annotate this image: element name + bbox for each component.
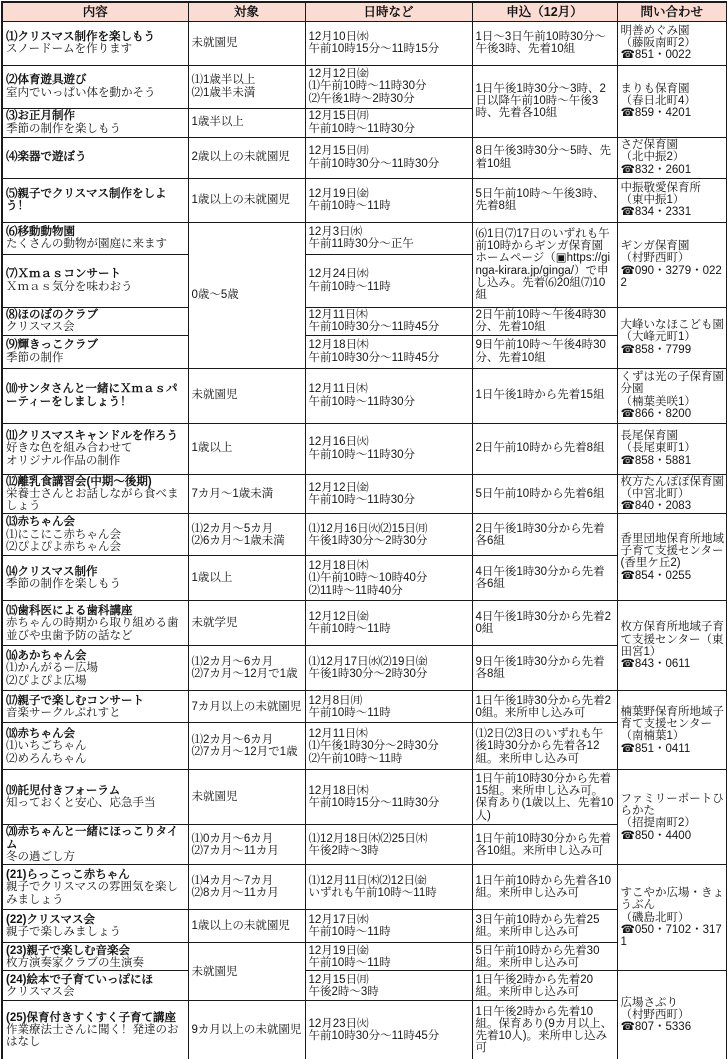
cell-datetime: 12月18日㈭ 午前10時15分～11時30分 bbox=[305, 770, 472, 825]
cell-datetime: ⑴12月17日㈬⑵19日㈮ 午後1時30分～2時30分 bbox=[305, 646, 472, 691]
table-row: ⑸親子でクリスマス制作をしよう！1歳以上の未就園児12月19日㈮ 午前10時～1… bbox=[2, 178, 727, 222]
cell-datetime: 12月15日㈪ 午前10時～11時30分 bbox=[305, 108, 472, 137]
cell-datetime: 12月15日㈪ 午前10時30分～11時30分 bbox=[305, 137, 472, 178]
cell-text: ギンガ保育園 （村野西町） ☎090・3279・0222 bbox=[621, 240, 725, 289]
cell-contact: 広場さぷり （村野西町） ☎807・5336 bbox=[617, 971, 727, 1059]
cell-text: 楠葉野保育所地域子育て支援センター（南楠葉1） ☎851・0411 bbox=[621, 706, 725, 755]
cell-target: 7カ月～1歳未満 bbox=[188, 474, 305, 514]
cell-target: 未就園児 bbox=[188, 21, 305, 65]
cell-content: (24)絵本で子育ていっぽにほクリスマス会 bbox=[2, 971, 188, 1001]
event-subtitle: ⑴いちごちゃん ⑵めろんちゃん bbox=[6, 740, 186, 765]
event-subtitle: ⑴かんがるー広場 ⑵ぴよぴよ広場 bbox=[6, 662, 186, 687]
cell-target: 9カ月以上の未就園児 bbox=[188, 1001, 305, 1059]
event-title: ⒂歯科医による歯科講座 bbox=[6, 605, 186, 617]
event-subtitle: 室内でいっぱい体を動かそう bbox=[6, 87, 186, 99]
cell-text: 7カ月以上の未就園児 bbox=[192, 701, 303, 713]
cell-text: 9日午前10時～午後4時30分、先着10組 bbox=[476, 339, 615, 364]
cell-text: 12月12日㈮ 午前10時～11時30分 bbox=[309, 482, 470, 507]
cell-datetime: 12月17日㈬ 午前10時～11時 bbox=[305, 910, 472, 943]
event-subtitle: 音楽サークルぷれすと bbox=[6, 707, 186, 719]
cell-contact: 枚方保育所地域子育て支援センター（東田宮1） ☎843・0611 bbox=[617, 601, 727, 691]
cell-text: 5日午前10時から先着30組。来所申し込み可 bbox=[476, 945, 615, 970]
event-title: (21)らっこっこ赤ちゃん bbox=[6, 869, 186, 881]
table-row: ⑷楽器で遊ぼう2歳以上の未就園児12月15日㈪ 午前10時30分～11時30分8… bbox=[2, 137, 727, 178]
table-row: ⒆託児付きフォーラム知っておくと安心、応急手当未就園児12月18日㈭ 午前10時… bbox=[2, 770, 727, 825]
col-header-datetime: 日時など bbox=[305, 2, 472, 21]
cell-text: 枚方たんぽぽ保育園（中宮北町） ☎840・2083 bbox=[621, 476, 725, 513]
event-title: ⒃あかちゃん会 bbox=[6, 650, 186, 662]
cell-datetime: 12月19日㈮ 午前10時～11時 bbox=[305, 178, 472, 222]
cell-text: 2日午後1時30分から先着各6組 bbox=[476, 523, 615, 548]
cell-text: ⑴0カ月～6カ月 ⑵7カ月～11カ月 bbox=[192, 833, 303, 858]
cell-target: ⑴2カ月～6カ月 ⑵7カ月～12月で1歳 bbox=[188, 646, 305, 691]
cell-target: 2歳以上の未就園児 bbox=[188, 137, 305, 178]
cell-target: 1歳以上の未就園児 bbox=[188, 178, 305, 222]
event-title: ⑼輝きっこクラブ bbox=[6, 339, 186, 351]
event-title: ⑺Ｘｍａｓコンサート bbox=[6, 268, 186, 280]
cell-text: 12月11日㈭ ⑴午後1時30分～2時30分 ⑵午前10時～11時 bbox=[309, 728, 470, 765]
event-subtitle: 栄養士さんとお話しながら食べましょう bbox=[6, 488, 186, 513]
cell-text: ⑴2カ月～6カ月 ⑵7カ月～12月で1歳 bbox=[192, 656, 303, 681]
cell-text: ⑴2カ月～6カ月 ⑵7カ月～12月で1歳 bbox=[192, 734, 303, 759]
cell-text: 未就園児 bbox=[192, 389, 303, 401]
cell-text: 明善めぐみ園 （藤阪南町2） ☎851・0022 bbox=[621, 25, 725, 62]
cell-datetime: 12月11日㈭ 午前10時30分～11時45分 bbox=[305, 307, 472, 335]
cell-content: ⑵体育遊具遊び室内でいっぱい体を動かそう bbox=[2, 65, 188, 108]
cell-text: 0歳～5歳 bbox=[192, 289, 303, 301]
cell-target: 1歳以上 bbox=[188, 556, 305, 601]
cell-text: 1日午後2時から先着10組。保育あり(9カ月以上、先着10人)。来所申し込み可 bbox=[476, 1006, 615, 1055]
cell-target: ⑴2カ月～6カ月 ⑵7カ月～12月で1歳 bbox=[188, 723, 305, 770]
cell-apply: 1日午前10時30分から先着15組。来所申し込み可。保育あり(1歳以上、先着10… bbox=[472, 770, 617, 825]
cell-datetime: 12月11日㈭ ⑴午後1時30分～2時30分 ⑵午前10時～11時 bbox=[305, 723, 472, 770]
cell-text: 1日午後2時から先着20組。来所申し込み可 bbox=[476, 974, 615, 999]
cell-text: 12月8日㈪ 午前10時～11時 bbox=[309, 695, 470, 720]
cell-content: ⒂歯科医による歯科講座赤ちゃんの時期から取り組める歯並びや虫歯予防の話など bbox=[2, 601, 188, 646]
cell-text: くずは光の子保育園分園 （楠葉美咲1） ☎866・8200 bbox=[621, 371, 725, 420]
cell-text: 9日午後1時30分から先着各8組 bbox=[476, 656, 615, 681]
cell-apply: 1日午後1時30分から先着20組。来所申し込み可 bbox=[472, 691, 617, 723]
cell-apply: 2日午後1時30分から先着各6組 bbox=[472, 514, 617, 556]
cell-text: 1日～3日午前10時30分～午後3時、先着10組 bbox=[476, 31, 615, 56]
cell-text: 1歳以上の未就園児 bbox=[192, 194, 303, 206]
event-subtitle: 好きな色を組み合わせて オリジナル作品の制作 bbox=[6, 442, 186, 467]
event-title: ⑹移動動物園 bbox=[6, 226, 186, 238]
cell-text: 12月19日㈮ 午前10時～11時 bbox=[309, 188, 470, 213]
event-subtitle: クリスマス会 bbox=[6, 321, 186, 333]
cell-apply: 1日午後1時から先着15組 bbox=[472, 368, 617, 423]
cell-content: ⑽サンタさんと一緒にＸｍａｓパーティーをしましょう！ bbox=[2, 368, 188, 423]
cell-text: 5日午前10時～午後3時、先着8組 bbox=[476, 188, 615, 213]
cell-text: 12月15日㈪ 午前10時30分～11時30分 bbox=[309, 145, 470, 170]
cell-text: 長尾保育園 （長尾東町1） ☎858・5881 bbox=[621, 430, 725, 467]
col-header-target: 対象 bbox=[188, 2, 305, 21]
event-title: ⑵体育遊具遊び bbox=[6, 74, 186, 86]
cell-text: 12月19日㈮ 午前10時～11時 bbox=[309, 945, 470, 970]
cell-content: ⒇赤ちゃんと一緒にほっこりタイム冬の過ごし方 bbox=[2, 825, 188, 865]
table-row: ⑴クリスマス制作を楽しもうスノードームを作ります未就園児12月10日㈬ 午前10… bbox=[2, 21, 727, 65]
cell-target: ⑴1歳半以上 ⑵1歳半未満 bbox=[188, 65, 305, 108]
cell-datetime: 12月12日㈮ 午前10時～11時30分 bbox=[305, 474, 472, 514]
cell-target: 7カ月以上の未就園児 bbox=[188, 691, 305, 723]
event-title: ⑷楽器で遊ぼう bbox=[6, 151, 186, 163]
cell-datetime: 12月23日㈫ 午前10時30分～11時45分 bbox=[305, 1001, 472, 1059]
cell-text: ⑴4カ月～7カ月 ⑵8カ月～11カ月 bbox=[192, 875, 303, 900]
cell-datetime: 12月12日㈮ 午前10時～11時 bbox=[305, 601, 472, 646]
cell-text: 12月18日㈭ 午前10時30分～11時45分 bbox=[309, 339, 470, 364]
event-title: ⑿離乳食講習会(中期～後期) bbox=[6, 476, 186, 488]
cell-content: ⑶お正月制作季節の制作を楽しもう bbox=[2, 108, 188, 137]
cell-apply: 1日午前10時30分から先着各10組。来所申し込み可 bbox=[472, 825, 617, 865]
table-header-row: 内容対象日時など申込（12月）問い合わせ bbox=[2, 2, 727, 21]
table-row: (21)らっこっこ赤ちゃん親子でクリスマスの雰囲気を楽しみましょう⑴4カ月～7カ… bbox=[2, 865, 727, 910]
cell-contact: 中振敬愛保育所 （東中振1） ☎834・2331 bbox=[617, 178, 727, 222]
cell-target: 1歳以上の未就園児 bbox=[188, 910, 305, 943]
cell-text: 4日午後1時30分から先着20組 bbox=[476, 611, 615, 636]
cell-apply: 9日午前10時～午後4時30分、先着10組 bbox=[472, 335, 617, 368]
cell-apply: 1日～3日午前10時30分～午後3時、先着10組 bbox=[472, 21, 617, 65]
cell-datetime: 12月12日㈮ ⑴午前10時～11時30分 ⑵午後1時～2時30分 bbox=[305, 65, 472, 108]
cell-target: ⑴4カ月～7カ月 ⑵8カ月～11カ月 bbox=[188, 865, 305, 910]
cell-target: 0歳～5歳 bbox=[188, 222, 305, 368]
event-title: ⒁クリスマス制作 bbox=[6, 566, 186, 578]
table-row: ⑹移動動物園たくさんの動物が園庭に来ます0歳～5歳12月3日㈬ 午前11時30分… bbox=[2, 222, 727, 254]
event-title: ⑻ほのぼのクラブ bbox=[6, 309, 186, 321]
cell-apply: 4日午後1時30分から先着各6組 bbox=[472, 556, 617, 601]
cell-text: 大峰いなほこども園 （大峰元町1） ☎858・7799 bbox=[621, 319, 725, 356]
cell-apply: 5日午前10時から先着30組。来所申し込み可 bbox=[472, 943, 617, 971]
cell-contact: 楠葉野保育所地域子育て支援センター（南楠葉1） ☎851・0411 bbox=[617, 691, 727, 770]
schedule-table: 内容対象日時など申込（12月）問い合わせ ⑴クリスマス制作を楽しもうスノードーム… bbox=[1, 1, 727, 1059]
event-title: ⒇赤ちゃんと一緒にほっこりタイム bbox=[6, 826, 186, 851]
cell-text: 9カ月以上の未就園児 bbox=[192, 1024, 303, 1036]
cell-datetime: 12月18日㈭ 午前10時30分～11時45分 bbox=[305, 335, 472, 368]
cell-content: ⑺ＸｍａｓコンサートＸｍａｓ気分を味わおう bbox=[2, 254, 188, 307]
cell-text: ⑴12月11日㈭⑵12日㈮ いずれも午前10時～11時 bbox=[309, 875, 470, 900]
cell-datetime: ⑴12月18日㈭⑵25日㈭ 午後2時～3時 bbox=[305, 825, 472, 865]
cell-apply: 1日午後2時から先着20組。来所申し込み可 bbox=[472, 971, 617, 1001]
cell-contact: 長尾保育園 （長尾東町1） ☎858・5881 bbox=[617, 423, 727, 474]
newsletter-page: 内容対象日時など申込（12月）問い合わせ ⑴クリスマス制作を楽しもうスノードーム… bbox=[0, 0, 727, 1059]
cell-text: 1日午後1時から先着15組 bbox=[476, 389, 615, 401]
event-subtitle: Ｘｍａｓ気分を味わおう bbox=[6, 281, 186, 293]
cell-text: 1歳半以上 bbox=[192, 116, 303, 128]
table-row: ⑵体育遊具遊び室内でいっぱい体を動かそう⑴1歳半以上 ⑵1歳半未満12月12日㈮… bbox=[2, 65, 727, 108]
cell-content: ⒃あかちゃん会⑴かんがるー広場 ⑵ぴよぴよ広場 bbox=[2, 646, 188, 691]
cell-text: 2日午前10時～午後4時30分、先着10組 bbox=[476, 309, 615, 334]
table-row: ⑾クリスマスキャンドルを作ろう好きな色を組み合わせて オリジナル作品の制作1歳以… bbox=[2, 423, 727, 474]
cell-text: ⑴12月16日㈫⑵15日㈪ 午後1時30分～2時30分 bbox=[309, 523, 470, 548]
cell-apply: 8日午後3時30分～5時、先着10組 bbox=[472, 137, 617, 178]
cell-contact: 明善めぐみ園 （藤阪南町2） ☎851・0022 bbox=[617, 21, 727, 65]
cell-apply: 1日午後2時から先着10組。保育あり(9カ月以上、先着10人)。来所申し込み可 bbox=[472, 1001, 617, 1059]
cell-content: (25)保育付きすくすく子育て講座作業療法士さんに聞く！発達のおはなし bbox=[2, 1001, 188, 1059]
event-subtitle: 季節の制作 bbox=[6, 352, 186, 364]
event-subtitle: 赤ちゃんの時期から取り組める歯並びや虫歯予防の話など bbox=[6, 617, 186, 642]
cell-datetime: 12月3日㈬ 午前11時30分～正午 bbox=[305, 222, 472, 254]
cell-content: ⒁クリスマス制作季節の制作を楽しもう bbox=[2, 556, 188, 601]
cell-apply: 2日午前10時～午後4時30分、先着10組 bbox=[472, 307, 617, 335]
cell-text: すこやか広場・きょうぶん （磯島北町） ☎050・7102・3171 bbox=[621, 887, 725, 948]
cell-target: 未就園児 bbox=[188, 943, 305, 1001]
cell-apply: 5日午前10時～午後3時、先着8組 bbox=[472, 178, 617, 222]
cell-content: (23)親子で楽しむ音楽会枚方演奏家クラブの生演奏 bbox=[2, 943, 188, 971]
cell-apply: 9日午後1時30分から先着各8組 bbox=[472, 646, 617, 691]
cell-content: ⒆託児付きフォーラム知っておくと安心、応急手当 bbox=[2, 770, 188, 825]
event-title: ⒄親子で楽しむコンサート bbox=[6, 695, 186, 707]
cell-datetime: ⑴12月16日㈫⑵15日㈪ 午後1時30分～2時30分 bbox=[305, 514, 472, 556]
cell-content: (21)らっこっこ赤ちゃん親子でクリスマスの雰囲気を楽しみましょう bbox=[2, 865, 188, 910]
cell-apply: 5日午前10時から先着6組 bbox=[472, 474, 617, 514]
cell-text: 1日午後1時30分から先着20組。来所申し込み可 bbox=[476, 695, 615, 720]
cell-text: 12月3日㈬ 午前11時30分～正午 bbox=[309, 226, 470, 251]
cell-text: 1日午後1時30分～3時、2日以降午前10時～午後3時、先着各10組 bbox=[476, 83, 615, 120]
cell-text: 1歳以上 bbox=[192, 572, 303, 584]
cell-content: ⑾クリスマスキャンドルを作ろう好きな色を組み合わせて オリジナル作品の制作 bbox=[2, 423, 188, 474]
cell-text: ⑴2カ月～5カ月 ⑵6カ月～1歳未満 bbox=[192, 523, 303, 548]
cell-text: 枚方保育所地域子育て支援センター（東田宮1） ☎843・0611 bbox=[621, 621, 725, 670]
event-subtitle: 親子で楽しみましょう bbox=[6, 926, 186, 938]
event-subtitle: 作業療法士さんに聞く！発達のおはなし bbox=[6, 1024, 186, 1049]
cell-apply: ⑹1日⑺17日のいずれも午前10時からギンガ保育園ホームページ（▣https:/… bbox=[472, 222, 617, 307]
cell-apply: 3日午前10時から先着25組。来所申し込み可 bbox=[472, 910, 617, 943]
cell-contact: ファミリーポートひらかた （招提南町2） ☎850・4400 bbox=[617, 770, 727, 865]
table-row: ⑻ほのぼのクラブクリスマス会12月11日㈭ 午前10時30分～11時45分2日午… bbox=[2, 307, 727, 335]
cell-target: 未就園児 bbox=[188, 368, 305, 423]
event-title: (25)保育付きすくすく子育て講座 bbox=[6, 1012, 186, 1024]
cell-datetime: 12月19日㈮ 午前10時～11時 bbox=[305, 943, 472, 971]
cell-text: 12月11日㈭ 午前10時30分～11時45分 bbox=[309, 309, 470, 334]
cell-text: 12月15日㈪ 午後2時～3時 bbox=[309, 974, 470, 999]
cell-text: 1日午前10時30分から先着各10組。来所申し込み可 bbox=[476, 833, 615, 858]
cell-datetime: 12月18日㈭ ⑴午前10時～10時40分 ⑵11時～11時40分 bbox=[305, 556, 472, 601]
cell-text: 8日午後3時30分～5時、先着10組 bbox=[476, 145, 615, 170]
event-title: (23)親子で楽しむ音楽会 bbox=[6, 945, 186, 957]
event-subtitle: クリスマス会 bbox=[6, 986, 186, 998]
cell-contact: すこやか広場・きょうぶん （磯島北町） ☎050・7102・3171 bbox=[617, 865, 727, 971]
cell-text: 広場さぷり （村野西町） ☎807・5336 bbox=[621, 997, 725, 1034]
cell-datetime: 12月15日㈪ 午後2時～3時 bbox=[305, 971, 472, 1001]
cell-text: ⑴1歳半以上 ⑵1歳半未満 bbox=[192, 74, 303, 99]
cell-text: 1日午前10時から先着各10組。来所申し込み可 bbox=[476, 875, 615, 900]
cell-target: 未就園児 bbox=[188, 770, 305, 825]
cell-text: 1歳以上 bbox=[192, 442, 303, 454]
cell-text: 3日午前10時から先着25組。来所申し込み可 bbox=[476, 914, 615, 939]
cell-content: ⑴クリスマス制作を楽しもうスノードームを作ります bbox=[2, 21, 188, 65]
event-subtitle: 枚方演奏家クラブの生演奏 bbox=[6, 957, 186, 969]
cell-contact: まりも保育園 （春日北町4） ☎859・4201 bbox=[617, 65, 727, 137]
cell-contact: 香里団地保育所地域子育て支援センター(香里ケ丘2) ☎854・0255 bbox=[617, 514, 727, 601]
cell-apply: 2日午前10時から先着8組 bbox=[472, 423, 617, 474]
cell-text: 4日午後1時30分から先着各6組 bbox=[476, 566, 615, 591]
cell-text: さだ保育園 （北中振2） ☎832・2601 bbox=[621, 139, 725, 176]
event-title: ⑸親子でクリスマス制作をしよう！ bbox=[6, 188, 186, 213]
table-row: (24)絵本で子育ていっぽにほクリスマス会12月15日㈪ 午後2時～3時1日午後… bbox=[2, 971, 727, 1001]
event-title: ⒅赤ちゃん会 bbox=[6, 728, 186, 740]
cell-text: 12月18日㈭ 午前10時15分～11時30分 bbox=[309, 785, 470, 810]
cell-datetime: ⑴12月11日㈭⑵12日㈮ いずれも午前10時～11時 bbox=[305, 865, 472, 910]
cell-content: ⑻ほのぼのクラブクリスマス会 bbox=[2, 307, 188, 335]
event-title: ⑶お正月制作 bbox=[6, 110, 186, 122]
event-title: ⒆託児付きフォーラム bbox=[6, 785, 186, 797]
cell-datetime: 12月10日㈬ 午前10時15分～11時15分 bbox=[305, 21, 472, 65]
cell-text: 2日午前10時から先着8組 bbox=[476, 442, 615, 454]
cell-contact: くずは光の子保育園分園 （楠葉美咲1） ☎866・8200 bbox=[617, 368, 727, 423]
cell-text: 未就園児 bbox=[192, 966, 303, 978]
event-title: ⑴クリスマス制作を楽しもう bbox=[6, 31, 186, 43]
cell-text: 2歳以上の未就園児 bbox=[192, 151, 303, 163]
event-subtitle: 知っておくと安心、応急手当 bbox=[6, 797, 186, 809]
event-title: ⒀赤ちゃん会 bbox=[6, 516, 186, 528]
cell-text: 12月16日㈫ 午前10時～11時30分 bbox=[309, 436, 470, 461]
cell-contact: さだ保育園 （北中振2） ☎832・2601 bbox=[617, 137, 727, 178]
cell-content: ⒅赤ちゃん会⑴いちごちゃん ⑵めろんちゃん bbox=[2, 723, 188, 770]
cell-contact: 枚方たんぽぽ保育園（中宮北町） ☎840・2083 bbox=[617, 474, 727, 514]
table-body: ⑴クリスマス制作を楽しもうスノードームを作ります未就園児12月10日㈬ 午前10… bbox=[2, 21, 727, 1059]
header-row: 内容対象日時など申込（12月）問い合わせ bbox=[2, 2, 727, 21]
cell-apply: ⑴2日⑵3日のいずれも午後1時30分から先着各12組。来所申し込み可 bbox=[472, 723, 617, 770]
cell-text: ⑴12月17日㈬⑵19日㈮ 午後1時30分～2時30分 bbox=[309, 656, 470, 681]
cell-text: ファミリーポートひらかた （招提南町2） ☎850・4400 bbox=[621, 793, 725, 842]
cell-text: ⑹1日⑺17日のいずれも午前10時からギンガ保育園ホームページ（▣https:/… bbox=[476, 228, 615, 302]
cell-target: 1歳以上 bbox=[188, 423, 305, 474]
cell-text: ⑴12月18日㈭⑵25日㈭ 午後2時～3時 bbox=[309, 833, 470, 858]
cell-datetime: 12月11日㈭ 午前10時～11時30分 bbox=[305, 368, 472, 423]
cell-content: ⑷楽器で遊ぼう bbox=[2, 137, 188, 178]
event-title: ⑾クリスマスキャンドルを作ろう bbox=[6, 430, 186, 442]
event-title: ⑽サンタさんと一緒にＸｍａｓパーティーをしましょう！ bbox=[6, 383, 186, 408]
cell-contact: ギンガ保育園 （村野西町） ☎090・3279・0222 bbox=[617, 222, 727, 307]
cell-target: 未就学児 bbox=[188, 601, 305, 646]
table-row: ⒀赤ちゃん会⑴にこにこ赤ちゃん会 ⑵ぴよぴよ赤ちゃん会⑴2カ月～5カ月 ⑵6カ月… bbox=[2, 514, 727, 556]
cell-target: 1歳半以上 bbox=[188, 108, 305, 137]
cell-content: ⒀赤ちゃん会⑴にこにこ赤ちゃん会 ⑵ぴよぴよ赤ちゃん会 bbox=[2, 514, 188, 556]
cell-apply: 4日午後1時30分から先着20組 bbox=[472, 601, 617, 646]
table-row: ⒄親子で楽しむコンサート音楽サークルぷれすと7カ月以上の未就園児12月8日㈪ 午… bbox=[2, 691, 727, 723]
event-title: (22)クリスマス会 bbox=[6, 914, 186, 926]
cell-datetime: 12月8日㈪ 午前10時～11時 bbox=[305, 691, 472, 723]
col-header-apply: 申込（12月） bbox=[472, 2, 617, 21]
cell-content: (22)クリスマス会親子で楽しみましょう bbox=[2, 910, 188, 943]
cell-datetime: 12月24日㈬ 午前10時～11時 bbox=[305, 254, 472, 307]
cell-content: ⑸親子でクリスマス制作をしよう！ bbox=[2, 178, 188, 222]
cell-text: 12月15日㈪ 午前10時～11時30分 bbox=[309, 110, 470, 135]
event-subtitle: 親子でクリスマスの雰囲気を楽しみましょう bbox=[6, 881, 186, 906]
cell-target: ⑴0カ月～6カ月 ⑵7カ月～11カ月 bbox=[188, 825, 305, 865]
cell-text: 未就学児 bbox=[192, 617, 303, 629]
cell-contact: 大峰いなほこども園 （大峰元町1） ☎858・7799 bbox=[617, 307, 727, 368]
cell-text: 12月12日㈮ ⑴午前10時～11時30分 ⑵午後1時～2時30分 bbox=[309, 68, 470, 105]
cell-text: 1日午前10時30分から先着15組。来所申し込み可。保育あり(1歳以上、先着10… bbox=[476, 773, 615, 822]
event-subtitle: 冬の過ごし方 bbox=[6, 851, 186, 863]
cell-content: ⑹移動動物園たくさんの動物が園庭に来ます bbox=[2, 222, 188, 254]
event-subtitle: 季節の制作を楽しもう bbox=[6, 578, 186, 590]
table-row: ⑽サンタさんと一緒にＸｍａｓパーティーをしましょう！未就園児12月11日㈭ 午前… bbox=[2, 368, 727, 423]
cell-content: ⑼輝きっこクラブ季節の制作 bbox=[2, 335, 188, 368]
cell-content: ⒄親子で楽しむコンサート音楽サークルぷれすと bbox=[2, 691, 188, 723]
cell-text: 香里団地保育所地域子育て支援センター(香里ケ丘2) ☎854・0255 bbox=[621, 533, 725, 582]
event-subtitle: 季節の制作を楽しもう bbox=[6, 123, 186, 135]
cell-text: ⑴2日⑵3日のいずれも午後1時30分から先着各12組。来所申し込み可 bbox=[476, 728, 615, 765]
cell-text: 12月17日㈬ 午前10時～11時 bbox=[309, 914, 470, 939]
table-row: ⑿離乳食講習会(中期～後期)栄養士さんとお話しながら食べましょう7カ月～1歳未満… bbox=[2, 474, 727, 514]
cell-target: ⑴2カ月～5カ月 ⑵6カ月～1歳未満 bbox=[188, 514, 305, 556]
col-header-contact: 問い合わせ bbox=[617, 2, 727, 21]
cell-datetime: 12月16日㈫ 午前10時～11時30分 bbox=[305, 423, 472, 474]
cell-text: 12月24日㈬ 午前10時～11時 bbox=[309, 268, 470, 293]
cell-text: 12月10日㈬ 午前10時15分～11時15分 bbox=[309, 31, 470, 56]
cell-text: 中振敬愛保育所 （東中振1） ☎834・2331 bbox=[621, 182, 725, 219]
cell-text: 1歳以上の未就園児 bbox=[192, 920, 303, 932]
cell-text: 7カ月～1歳未満 bbox=[192, 488, 303, 500]
cell-text: 未就園児 bbox=[192, 37, 303, 49]
event-subtitle: スノードームを作ります bbox=[6, 43, 186, 55]
col-header-content: 内容 bbox=[2, 2, 188, 21]
table-row: ⒂歯科医による歯科講座赤ちゃんの時期から取り組める歯並びや虫歯予防の話など未就学… bbox=[2, 601, 727, 646]
cell-apply: 1日午前10時から先着各10組。来所申し込み可 bbox=[472, 865, 617, 910]
cell-text: まりも保育園 （春日北町4） ☎859・4201 bbox=[621, 83, 725, 120]
cell-text: 12月12日㈮ 午前10時～11時 bbox=[309, 611, 470, 636]
cell-text: 未就園児 bbox=[192, 791, 303, 803]
cell-text: 12月23日㈫ 午前10時30分～11時45分 bbox=[309, 1018, 470, 1043]
cell-content: ⑿離乳食講習会(中期～後期)栄養士さんとお話しながら食べましょう bbox=[2, 474, 188, 514]
cell-text: 12月11日㈭ 午前10時～11時30分 bbox=[309, 383, 470, 408]
event-subtitle: たくさんの動物が園庭に来ます bbox=[6, 238, 186, 250]
event-title: (24)絵本で子育ていっぽにほ bbox=[6, 974, 186, 986]
cell-text: 5日午前10時から先着6組 bbox=[476, 488, 615, 500]
cell-apply: 1日午後1時30分～3時、2日以降午前10時～午後3時、先着各10組 bbox=[472, 65, 617, 137]
event-subtitle: ⑴にこにこ赤ちゃん会 ⑵ぴよぴよ赤ちゃん会 bbox=[6, 529, 186, 554]
cell-text: 12月18日㈭ ⑴午前10時～10時40分 ⑵11時～11時40分 bbox=[309, 560, 470, 597]
